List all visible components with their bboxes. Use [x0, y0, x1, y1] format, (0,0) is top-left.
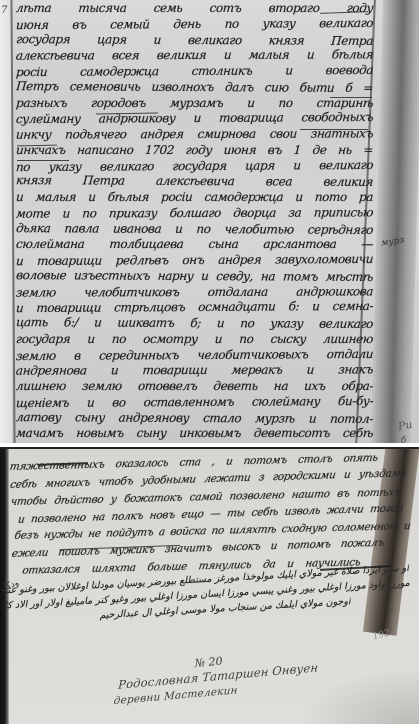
- handwritten-text-block: лѣта тысяча семь сотъ втораго году июня …: [16, 1, 373, 442]
- handwritten-line: лишнею землю отоввелъ деветь на ихъ обра…: [15, 379, 373, 395]
- handwritten-line: воловые изъестныхъ нарну и севду, на том…: [15, 268, 373, 286]
- handwritten-line: князя Петра алексѣевича всеа великия: [15, 173, 373, 191]
- handwritten-line: Петръ семеновичь изволнохъ далъ сию быти…: [15, 79, 373, 97]
- handwritten-line: государя и по осмотру и по сыску лишнею: [15, 332, 373, 348]
- handwritten-line: инкчахъ написано 1702 году июня въ 1 де …: [15, 143, 373, 159]
- handwritten-line: и товарищи редлѣвъ онъ андрея завухоломо…: [15, 252, 373, 270]
- handwritten-line: государя царя и великаго князя Петра: [15, 32, 373, 50]
- handwritten-line: разныхъ городовъ мурзамъ и по старинѣ: [15, 96, 373, 112]
- folio-number: 7: [1, 6, 7, 16]
- page-edge-shadow: [370, 0, 419, 443]
- handwritten-line: лѣта тысяча семь сотъ втораго году: [15, 1, 373, 17]
- handwritten-line: щеніемъ и во оставленномъ сюлейману би-б…: [15, 394, 373, 412]
- handwritten-line: дьяка павла иванова и по челобитью серѣд…: [15, 221, 373, 239]
- manuscript-top-folio: 7 лѣта тысяча семь сотъ втораго году июн…: [0, 0, 419, 443]
- handwritten-text-block-russian: тяжественныхъ оказалось ста , и потомъ с…: [10, 449, 409, 580]
- handwritten-line: андреянова и товарищи мерѳакъ и знакъ: [15, 363, 373, 380]
- manuscript-bottom-folio: тяжественныхъ оказалось ста , и потомъ с…: [0, 447, 419, 724]
- handwritten-line: латову сыну андреянову стало мурзѣ и пот…: [15, 410, 373, 428]
- handwritten-line: цать б:/ и шикватъ б; и по указу великаг…: [15, 315, 373, 333]
- handwritten-line: мачамъ новымъ сыну инковымъ деветьсотъ с…: [15, 426, 373, 442]
- document-caption: № 20 Родословная Татаршен Онвуен деревни…: [116, 646, 320, 708]
- pencil-page-number: 192.: [372, 629, 394, 643]
- handwritten-line: июня въ семый день по указу великаго: [15, 16, 373, 34]
- ink-underline: [17, 160, 69, 161]
- handwritten-line: сулейману андрюшкову и товарища свободны…: [15, 110, 373, 128]
- handwritten-line: моте и по приказу болшаго дворца за прип…: [15, 205, 373, 222]
- handwritten-line: и малыя и бѣлыя росіи самодержца и пото …: [15, 190, 373, 206]
- ink-underline: [300, 129, 368, 130]
- handwritten-line: росіи самодержца столникъ и воевода: [15, 63, 373, 81]
- ink-underline: [330, 97, 372, 98]
- handwritten-line: алексѣевича всея великия и малыя и бѣлыя: [15, 48, 373, 65]
- manuscript-scan-page: 7 лѣта тысяча семь сотъ втораго году июн…: [0, 0, 419, 724]
- margin-note-ri: Ри: [397, 420, 413, 431]
- handwritten-line: сюлеймана толбицаева сына арслантова —: [15, 237, 373, 253]
- margin-note-b: б: [401, 437, 407, 443]
